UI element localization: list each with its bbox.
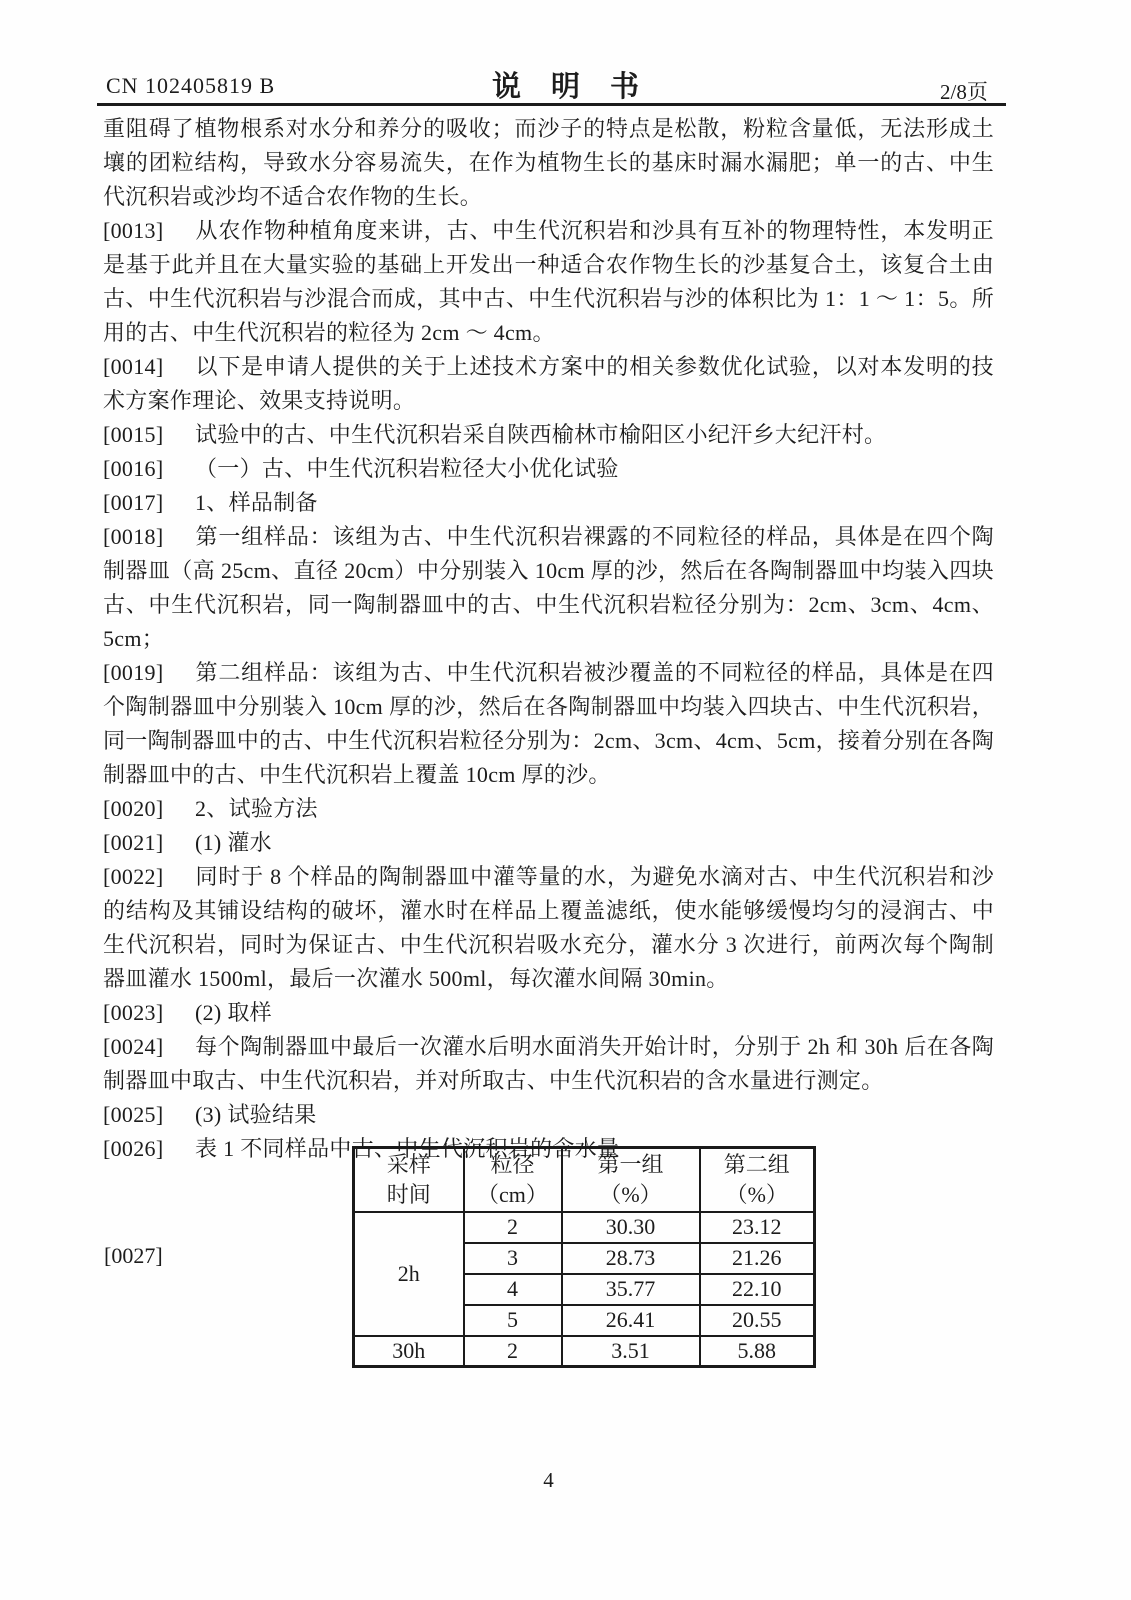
paragraph-text: （一）古、中生代沉积岩粒径大小优化试验 [195, 456, 619, 481]
cell-size: 3 [464, 1243, 562, 1274]
cell-size: 2 [464, 1336, 562, 1367]
cell-group2: 21.26 [700, 1243, 815, 1274]
paragraph-tag: [0023] [103, 996, 195, 1030]
header-line: （%） [701, 1180, 814, 1210]
header-line: 时间 [355, 1180, 463, 1210]
paragraph-tag: [0022] [103, 860, 195, 894]
paragraph-tag: [0017] [103, 486, 195, 520]
paragraph-text: 以下是申请人提供的关于上述技术方案中的相关参数优化试验，以对本发明的技术方案作理… [103, 354, 994, 413]
paragraph-tag: [0024] [103, 1030, 195, 1064]
paragraph-tag: [0014] [103, 350, 195, 384]
document-number: CN 102405819 B [106, 73, 275, 99]
paragraph-tag: [0020] [103, 792, 195, 826]
col-header-group1: 第一组（%） [562, 1148, 700, 1212]
paragraph-0025: [0025](3) 试验结果 [103, 1098, 994, 1132]
paragraph-0014: [0014]以下是申请人提供的关于上述技术方案中的相关参数优化试验，以对本发明的… [103, 350, 994, 418]
table-header-row: 采样时间 粒径（cm） 第一组（%） 第二组（%） [354, 1148, 815, 1212]
paragraph-continuation: 重阻碍了植物根系对水分和养分的吸收；而沙子的特点是松散，粉粒含量低，无法形成土壤… [103, 112, 994, 214]
paragraph-text: 重阻碍了植物根系对水分和养分的吸收；而沙子的特点是松散，粉粒含量低，无法形成土壤… [103, 116, 994, 209]
header-line: 第二组 [701, 1150, 814, 1180]
paragraph-text: 试验中的古、中生代沉积岩采自陕西榆林市榆阳区小纪汗乡大纪汗村。 [195, 422, 886, 447]
cell-size: 4 [464, 1274, 562, 1305]
paragraph-0013: [0013]从农作物种植角度来讲，古、中生代沉积岩和沙具有互补的物理特性，本发明… [103, 214, 994, 350]
paragraph-tag: [0019] [103, 656, 195, 690]
paragraph-0016: [0016]（一）古、中生代沉积岩粒径大小优化试验 [103, 452, 994, 486]
col-header-particle-size: 粒径（cm） [464, 1148, 562, 1212]
paragraph-0018: [0018]第一组样品：该组为古、中生代沉积岩裸露的不同粒径的样品，具体是在四个… [103, 520, 994, 656]
cell-group1: 30.30 [562, 1212, 700, 1243]
paragraph-0024: [0024]每个陶制器皿中最后一次灌水后明水面消失开始计时，分别于 2h 和 3… [103, 1030, 994, 1098]
paragraph-text: (1) 灌水 [195, 830, 272, 855]
cell-group1: 35.77 [562, 1274, 700, 1305]
paragraph-text: 第一组样品：该组为古、中生代沉积岩裸露的不同粒径的样品，具体是在四个陶制器皿（高… [103, 524, 994, 651]
table-row: 30h 2 3.51 5.88 [354, 1336, 815, 1367]
cell-group1: 3.51 [562, 1336, 700, 1367]
paragraph-text: (2) 取样 [195, 1000, 272, 1025]
col-header-sampling-time: 采样时间 [354, 1148, 464, 1212]
paragraph-text: 第二组样品：该组为古、中生代沉积岩被沙覆盖的不同粒径的样品，具体是在四个陶制器皿… [103, 660, 994, 787]
paragraph-0019: [0019]第二组样品：该组为古、中生代沉积岩被沙覆盖的不同粒径的样品，具体是在… [103, 656, 994, 792]
paragraph-0015: [0015]试验中的古、中生代沉积岩采自陕西榆林市榆阳区小纪汗乡大纪汗村。 [103, 418, 994, 452]
paragraph-text: 同时于 8 个样品的陶制器皿中灌等量的水，为避免水滴对古、中生代沉积岩和沙的结构… [103, 864, 994, 991]
cell-group1: 26.41 [562, 1305, 700, 1336]
paragraph-tag: [0018] [103, 520, 195, 554]
water-content-table: 采样时间 粒径（cm） 第一组（%） 第二组（%） 2h 2 30.30 23.… [352, 1146, 816, 1368]
col-header-group2: 第二组（%） [700, 1148, 815, 1212]
cell-size: 2 [464, 1212, 562, 1243]
header-line: 粒径 [465, 1150, 561, 1180]
page-number: 4 [103, 1468, 994, 1493]
paragraph-tag: [0025] [103, 1098, 195, 1132]
patent-specification-page: CN 102405819 B 说明书 2/8页 重阻碍了植物根系对水分和养分的吸… [0, 0, 1131, 1600]
cell-size: 5 [464, 1305, 562, 1336]
cell-group2: 5.88 [700, 1336, 815, 1367]
paragraph-0020: [0020]2、试验方法 [103, 792, 994, 826]
paragraph-0021: [0021](1) 灌水 [103, 826, 994, 860]
cell-group2: 20.55 [700, 1305, 815, 1336]
paragraph-0023: [0023](2) 取样 [103, 996, 994, 1030]
page-title: 说明书 [462, 64, 669, 105]
paragraph-0017: [0017]1、样品制备 [103, 486, 994, 520]
cell-group2: 23.12 [700, 1212, 815, 1243]
cell-group1: 28.73 [562, 1243, 700, 1274]
paragraph-tag: [0026] [103, 1132, 195, 1166]
header-rule [97, 103, 1006, 106]
paragraph-tag: [0015] [103, 418, 195, 452]
header-line: （cm） [465, 1180, 561, 1210]
header-line: 采样 [355, 1150, 463, 1180]
page-indicator: 2/8页 [940, 76, 988, 106]
cell-time-2h: 2h [354, 1212, 464, 1336]
paragraph-text: 1、样品制备 [195, 490, 318, 515]
paragraph-tag: [0016] [103, 452, 195, 486]
specification-body: 重阻碍了植物根系对水分和养分的吸收；而沙子的特点是松散，粉粒含量低，无法形成土壤… [103, 112, 994, 1166]
cell-time-30h: 30h [354, 1336, 464, 1367]
cell-group2: 22.10 [700, 1274, 815, 1305]
paragraph-0022: [0022]同时于 8 个样品的陶制器皿中灌等量的水，为避免水滴对古、中生代沉积… [103, 860, 994, 996]
paragraph-tag: [0021] [103, 826, 195, 860]
paragraph-tag: [0013] [103, 214, 195, 248]
header-line: 第一组 [563, 1150, 699, 1180]
header-line: （%） [563, 1180, 699, 1210]
paragraph-text: 2、试验方法 [195, 796, 318, 821]
paragraph-text: 每个陶制器皿中最后一次灌水后明水面消失开始计时，分别于 2h 和 30h 后在各… [103, 1034, 994, 1093]
paragraph-text: (3) 试验结果 [195, 1102, 317, 1127]
table-row: 2h 2 30.30 23.12 [354, 1212, 815, 1243]
paragraph-text: 从农作物种植角度来讲，古、中生代沉积岩和沙具有互补的物理特性，本发明正是基于此并… [103, 218, 994, 345]
paragraph-tag-0027: [0027] [104, 1243, 163, 1269]
